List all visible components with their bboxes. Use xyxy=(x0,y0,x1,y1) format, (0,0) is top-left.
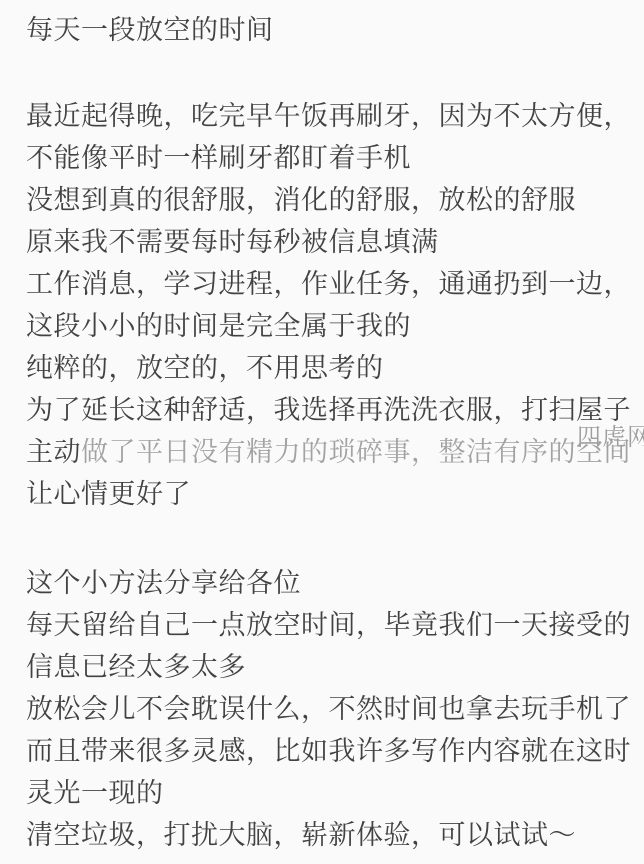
text-line: 每天留给自己一点放空时间，毕竟我们一天接受的 xyxy=(26,604,640,646)
note-page: 每天一段放空的时间 最近起得晚，吃完早午饭再刷牙，因为不太方便， 不能像平时一样… xyxy=(0,0,644,864)
text-line: 而且带来很多灵感，比如我许多写作内容就在这时 xyxy=(26,730,640,772)
text-line: 最近起得晚，吃完早午饭再刷牙，因为不太方便， xyxy=(26,95,640,137)
text-line: 放松会儿不会耽误什么，不然时间也拿去玩手机了 xyxy=(26,688,640,730)
paragraph-1: 最近起得晚，吃完早午饭再刷牙，因为不太方便， 不能像平时一样刷牙都盯着手机 没想… xyxy=(26,95,640,515)
text-line: 工作消息，学习进程，作业任务，通通扔到一边， xyxy=(26,263,640,305)
text-line: 为了延长这种舒适，我选择再洗洗衣服，打扫屋子 xyxy=(26,389,640,431)
text-line: 这段小小的时间是完全属于我的 xyxy=(26,305,640,347)
text-line: 这个小方法分享给各位 xyxy=(26,562,640,604)
text-line: 灵光一现的 xyxy=(26,772,640,814)
text-segment-faded: 做了平日没有精力的琐碎事，整洁有序的空间 xyxy=(81,437,631,467)
paragraph-2: 这个小方法分享给各位 每天留给自己一点放空时间，毕竟我们一天接受的 信息已经太多… xyxy=(26,562,640,856)
text-line: 没想到真的很舒服，消化的舒服，放松的舒服 xyxy=(26,179,640,221)
text-line: 纯粹的，放空的，不用思考的 xyxy=(26,347,640,389)
text-line: 不能像平时一样刷牙都盯着手机 xyxy=(26,137,640,179)
note-content: 每天一段放空的时间 最近起得晚，吃完早午饭再刷牙，因为不太方便， 不能像平时一样… xyxy=(0,0,644,856)
text-segment-normal: 主动 xyxy=(26,437,81,467)
text-line: 信息已经太多太多 xyxy=(26,646,640,688)
text-line: 让心情更好了 xyxy=(26,473,640,515)
site-watermark: 四虎网 xyxy=(577,426,644,450)
post-title: 每天一段放空的时间 xyxy=(26,9,640,51)
text-line: 原来我不需要每时每秒被信息填满 xyxy=(26,221,640,263)
text-line: 清空垃圾，打扰大脑，崭新体验，可以试试～ xyxy=(26,814,640,856)
text-line-partially-faded: 主动做了平日没有精力的琐碎事，整洁有序的空间 xyxy=(26,431,640,473)
